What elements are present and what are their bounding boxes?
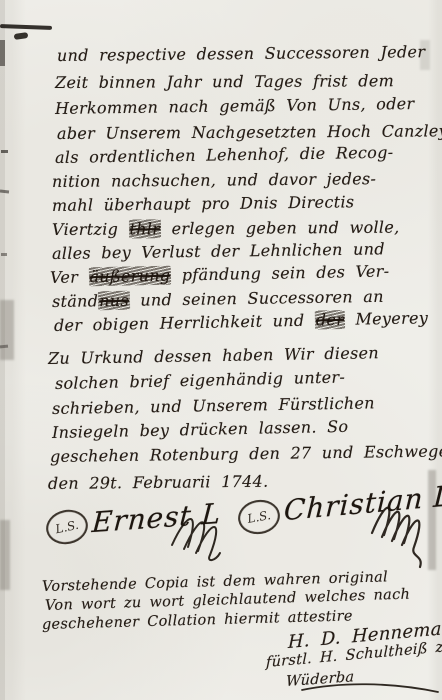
seal-label: L.S.	[246, 508, 271, 526]
body-line: Viertzig thlr erlegen geben und wolle,	[52, 220, 400, 238]
seal-label: L.S.	[54, 518, 80, 537]
body-line: und respective dessen Successoren Jeder	[57, 44, 425, 64]
line-text: Meyerey	[345, 308, 428, 329]
paper-smudge	[0, 300, 14, 360]
line-text: der obigen Herrlichkeit und	[54, 311, 315, 335]
line-text: aber Unserem Nachgesetzten Hoch Canzley	[57, 121, 442, 143]
scan-edge-mark	[14, 32, 29, 40]
struck-word: nus	[98, 291, 130, 310]
body-line: schrieben, und Unserem Fürstlichen	[52, 395, 375, 417]
manuscript-page: und respective dessen Successoren Jeder …	[0, 0, 442, 700]
paper-smudge	[0, 520, 10, 590]
line-text: solchen brief eigenhändig unter-	[55, 367, 346, 393]
body-line date-line: den 29t. Februarii 1744.	[48, 474, 269, 492]
body-line: geschehen Rotenburg den 27 und Eschwege	[50, 443, 442, 465]
line-text: Zu Urkund dessen haben Wir diesen	[48, 343, 379, 368]
scan-edge-mark	[1, 150, 8, 153]
body-line: als ordentlichen Lehenhof, die Recog-	[55, 145, 394, 166]
line-text: den 29t. Februarii 1744.	[48, 472, 269, 493]
line-text: ständ	[52, 291, 99, 311]
line-text: alles bey Verlust der Lehnlichen und	[52, 239, 385, 263]
line-text: mahl überhaupt pro Dnis Directis	[52, 192, 355, 215]
seal-ls-left: L.S.	[43, 506, 91, 548]
scan-edge-mark	[0, 40, 5, 66]
scan-edge-mark	[0, 24, 52, 30]
seal-ls-right: L.S.	[235, 497, 282, 538]
struck-word: äußerung	[88, 266, 171, 287]
body-line: mahl überhaupt pro Dnis Directis	[52, 194, 355, 214]
body-line: Ver äußerung pfändung sein des Ver-	[50, 263, 390, 286]
body-line: Herkommen nach gemäß Von Uns, oder	[55, 96, 415, 117]
line-text: Herkommen nach gemäß Von Uns, oder	[55, 94, 415, 118]
line-text: und seinen Successoren an	[130, 287, 384, 310]
attest-signature-flourish-icon	[300, 680, 440, 698]
body-line: solchen brief eigenhändig unter-	[55, 369, 345, 392]
body-line: Zeit binnen Jahr und Tages frist dem	[55, 73, 394, 91]
signature-flourish-icon	[170, 505, 240, 560]
body-line: Zu Urkund dessen haben Wir diesen	[48, 345, 379, 367]
line-text: geschehen Rotenburg den 27 und Eschwege	[50, 441, 442, 466]
line-text: pfändung sein des Ver-	[171, 261, 389, 284]
struck-word: der	[315, 310, 346, 330]
scan-edge-mark	[0, 190, 9, 194]
body-line: ständnus und seinen Successoren an	[52, 289, 384, 310]
line-text: und respective dessen Successoren Jeder	[57, 42, 425, 65]
line-text: als ordentlichen Lehenhof, die Recog-	[55, 143, 394, 167]
line-text: schrieben, und Unserem Fürstlichen	[52, 393, 375, 418]
struck-word: thlr	[128, 219, 161, 238]
scan-edge-mark	[1, 253, 7, 256]
line-text: Insiegeln bey drücken lassen. So	[52, 417, 349, 442]
line-text: Ver	[50, 267, 89, 287]
line-text: Zeit binnen Jahr und Tages frist dem	[55, 71, 394, 92]
attestation-line: geschehener Collation hiermit attestire	[42, 609, 353, 632]
line-text: nition nachsuchen, und davor jedes-	[52, 169, 376, 191]
line-text: erlegen geben und wolle,	[161, 218, 399, 239]
body-line: nition nachsuchen, und davor jedes-	[52, 171, 376, 190]
line-text: Viertzig	[52, 219, 129, 239]
body-line: der obigen Herrlichkeit und der Meyerey	[54, 310, 428, 334]
body-line: aber Unserem Nachgesetzten Hoch Canzley	[57, 123, 442, 142]
body-line: alles bey Verlust der Lehnlichen und	[52, 241, 385, 262]
signature-flourish-icon	[370, 495, 440, 575]
body-line: Insiegeln bey drücken lassen. So	[52, 419, 349, 441]
